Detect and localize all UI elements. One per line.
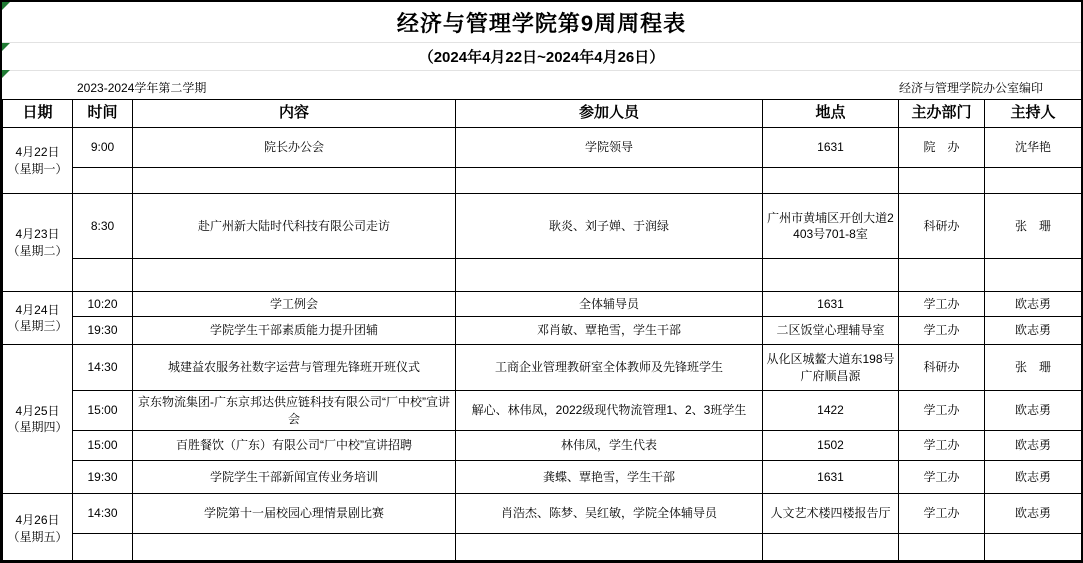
department-cell: 学工办: [899, 391, 985, 431]
date-cell: 4月23日 （星期二）: [3, 194, 73, 292]
location-cell: 1422: [763, 391, 899, 431]
header-participants: 参加人员: [456, 100, 763, 128]
table-row: [3, 168, 1082, 194]
date-text: 4月26日: [6, 512, 69, 528]
header-row: 日期 时间 内容 参加人员 地点 主办部门 主持人: [3, 100, 1082, 128]
department-cell: 学工办: [899, 431, 985, 461]
schedule-table: 日期 时间 内容 参加人员 地点 主办部门 主持人 4月22日 （星期一） 9:…: [2, 99, 1082, 563]
date-text: 4月22日: [6, 144, 69, 160]
location-cell: [763, 168, 899, 194]
header-location: 地点: [763, 100, 899, 128]
location-cell: 1631: [763, 292, 899, 317]
time-cell: [73, 168, 133, 194]
location-cell: 1631: [763, 128, 899, 168]
department-cell: [899, 259, 985, 292]
date-text: 4月25日: [6, 403, 69, 419]
participants-cell: [456, 168, 763, 194]
time-cell: 15:00: [73, 391, 133, 431]
time-cell: [73, 534, 133, 563]
weekday-text: （星期四）: [6, 419, 69, 435]
table-row: 4月26日 （星期五） 14:30 学院第十一届校园心理情景剧比赛 肖浩杰、陈梦…: [3, 494, 1082, 534]
header-date: 日期: [3, 100, 73, 128]
host-cell: 欧志勇: [985, 292, 1082, 317]
semester-label: 2023-2024学年第二学期: [77, 79, 206, 96]
time-cell: 10:20: [73, 292, 133, 317]
content-cell: [133, 168, 456, 194]
department-cell: 科研办: [899, 194, 985, 259]
host-cell: 张 珊: [985, 194, 1082, 259]
participants-cell: [456, 259, 763, 292]
content-cell: 京东物流集团-广东京邦达供应链科技有限公司“厂中校”宣讲会: [133, 391, 456, 431]
excel-error-corner-icon: [2, 70, 10, 78]
table-row: 4月25日 （星期四） 14:30 城建益农服务社数字运营与管理先锋班开班仪式 …: [3, 345, 1082, 391]
time-cell: 19:30: [73, 317, 133, 345]
department-cell: 学工办: [899, 494, 985, 534]
date-cell: 4月22日 （星期一）: [3, 128, 73, 194]
location-cell: 1631: [763, 461, 899, 494]
content-cell: 赴广州新大陆时代科技有限公司走访: [133, 194, 456, 259]
weekday-text: （星期三）: [6, 318, 69, 334]
participants-cell: 全体辅导员: [456, 292, 763, 317]
header-department: 主办部门: [899, 100, 985, 128]
weekday-text: （星期一）: [6, 161, 69, 177]
location-cell: 广州市黄埔区开创大道2403号701-8室: [763, 194, 899, 259]
table-row: [3, 259, 1082, 292]
table-row: 15:00 百胜餐饮（广东）有限公司“厂中校”宣讲招聘 林伟凤，学生代表 150…: [3, 431, 1082, 461]
info-row: 2023-2024学年第二学期 经济与管理学院办公室编印: [2, 71, 1081, 99]
department-cell: 科研办: [899, 345, 985, 391]
department-cell: 院 办: [899, 128, 985, 168]
content-cell: [133, 534, 456, 563]
excel-error-corner-icon: [2, 2, 10, 10]
time-cell: [73, 259, 133, 292]
date-cell: 4月24日 （星期三）: [3, 292, 73, 345]
location-cell: [763, 259, 899, 292]
participants-cell: [456, 534, 763, 563]
table-row: 4月24日 （星期三） 10:20 学工例会 全体辅导员 1631 学工办 欧志…: [3, 292, 1082, 317]
host-cell: 沈华艳: [985, 128, 1082, 168]
content-cell: 学工例会: [133, 292, 456, 317]
participants-cell: 肖浩杰、陈梦、吴红敏，学院全体辅导员: [456, 494, 763, 534]
host-cell: 欧志勇: [985, 431, 1082, 461]
location-cell: 人文艺术楼四楼报告厅: [763, 494, 899, 534]
page-subtitle: （2024年4月22日~2024年4月26日）: [2, 43, 1081, 71]
table-row: 19:30 学院学生干部新闻宣传业务培训 龚蝶、覃艳雪，学生干部 1631 学工…: [3, 461, 1082, 494]
location-cell: [763, 534, 899, 563]
header-host: 主持人: [985, 100, 1082, 128]
date-text: 4月23日: [6, 226, 69, 242]
host-cell: 欧志勇: [985, 461, 1082, 494]
table-row: [3, 534, 1082, 563]
host-cell: [985, 259, 1082, 292]
department-cell: 学工办: [899, 461, 985, 494]
participants-cell: 工商企业管理教研室全体教师及先锋班学生: [456, 345, 763, 391]
table-row: 4月22日 （星期一） 9:00 院长办公会 学院领导 1631 院 办 沈华艳: [3, 128, 1082, 168]
department-cell: 学工办: [899, 317, 985, 345]
host-cell: 欧志勇: [985, 317, 1082, 345]
time-cell: 15:00: [73, 431, 133, 461]
schedule-sheet: 经济与管理学院第9周周程表 （2024年4月22日~2024年4月26日） 20…: [0, 0, 1083, 563]
date-cell: 4月26日 （星期五）: [3, 494, 73, 563]
table-row: 19:30 学院学生干部素质能力提升团辅 邓肖敏、覃艳雪，学生干部 二区饭堂心理…: [3, 317, 1082, 345]
content-cell: 城建益农服务社数字运营与管理先锋班开班仪式: [133, 345, 456, 391]
excel-error-corner-icon: [2, 43, 10, 51]
department-cell: 学工办: [899, 292, 985, 317]
time-cell: 19:30: [73, 461, 133, 494]
content-cell: 学院学生干部新闻宣传业务培训: [133, 461, 456, 494]
time-cell: 14:30: [73, 345, 133, 391]
content-cell: 学院学生干部素质能力提升团辅: [133, 317, 456, 345]
location-cell: 二区饭堂心理辅导室: [763, 317, 899, 345]
host-cell: 张 珊: [985, 345, 1082, 391]
participants-cell: 解心、林伟凤，2022级现代物流管理1、2、3班学生: [456, 391, 763, 431]
time-cell: 14:30: [73, 494, 133, 534]
table-row: 4月23日 （星期二） 8:30 赴广州新大陆时代科技有限公司走访 耿炎、刘子婵…: [3, 194, 1082, 259]
location-cell: 1502: [763, 431, 899, 461]
participants-cell: 龚蝶、覃艳雪，学生干部: [456, 461, 763, 494]
participants-cell: 邓肖敏、覃艳雪，学生干部: [456, 317, 763, 345]
host-cell: 欧志勇: [985, 494, 1082, 534]
participants-cell: 林伟凤，学生代表: [456, 431, 763, 461]
content-cell: 学院第十一届校园心理情景剧比赛: [133, 494, 456, 534]
participants-cell: 耿炎、刘子婵、于润绿: [456, 194, 763, 259]
department-cell: [899, 534, 985, 563]
host-cell: 欧志勇: [985, 391, 1082, 431]
participants-cell: 学院领导: [456, 128, 763, 168]
header-content: 内容: [133, 100, 456, 128]
table-row: 15:00 京东物流集团-广东京邦达供应链科技有限公司“厂中校”宣讲会 解心、林…: [3, 391, 1082, 431]
time-cell: 9:00: [73, 128, 133, 168]
content-cell: 院长办公会: [133, 128, 456, 168]
weekday-text: （星期五）: [6, 529, 69, 545]
weekday-text: （星期二）: [6, 243, 69, 259]
time-cell: 8:30: [73, 194, 133, 259]
host-cell: [985, 168, 1082, 194]
content-cell: 百胜餐饮（广东）有限公司“厂中校”宣讲招聘: [133, 431, 456, 461]
host-cell: [985, 534, 1082, 563]
date-text: 4月24日: [6, 302, 69, 318]
publisher-label: 经济与管理学院办公室编印: [899, 79, 1043, 96]
date-cell: 4月25日 （星期四）: [3, 345, 73, 494]
content-cell: [133, 259, 456, 292]
location-cell: 从化区城鳌大道东198号广府顺昌源: [763, 345, 899, 391]
page-title: 经济与管理学院第9周周程表: [2, 2, 1081, 43]
department-cell: [899, 168, 985, 194]
header-time: 时间: [73, 100, 133, 128]
